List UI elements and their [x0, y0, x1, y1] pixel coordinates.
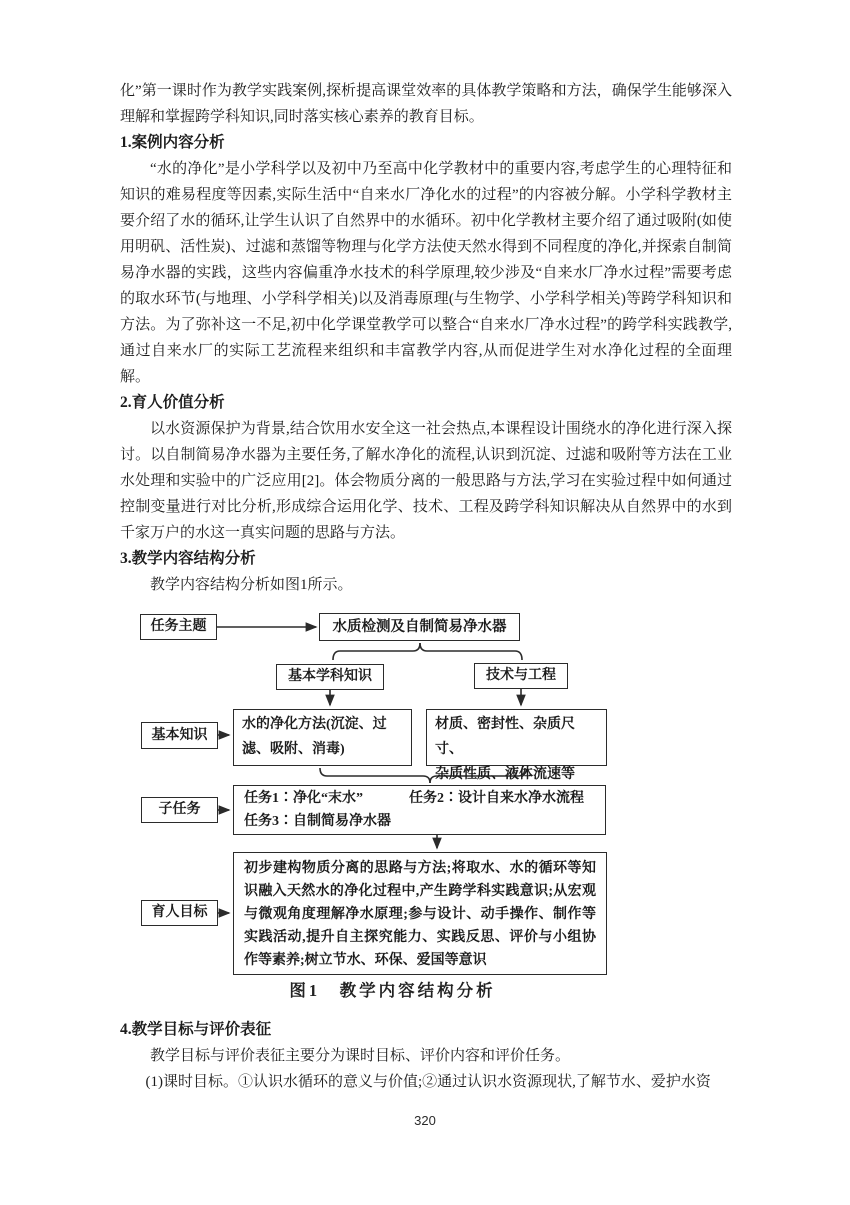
section-heading-4: 4.教学目标与评价表征	[120, 1017, 732, 1043]
paragraph-eval-intro: 教学目标与评价表征主要分为课时目标、评价内容和评价任务。	[120, 1043, 732, 1069]
figure-box-goals-text: 初步建构物质分离的思路与方法;将取水、水的循环等知识融入天然水的净化过程中,产生…	[233, 852, 607, 975]
document-body: 化”第一课时作为教学实践案例,探析提高课堂效率的具体教学策略和方法，确保学生能够…	[120, 78, 732, 1095]
paragraph-case-analysis: “水的净化”是小学科学以及初中乃至高中化学教材中的重要内容,考虑学生的心理特征和…	[120, 156, 732, 390]
figure-task-1: 任务1∶净化“末水”	[244, 787, 409, 810]
figure-box-task-theme: 任务主题	[140, 614, 217, 640]
figure-box-sub-tasks: 子任务	[141, 797, 218, 823]
figure-box-edu-goal: 育人目标	[141, 900, 218, 926]
figure-box-basic-knowledge: 基本知识	[141, 722, 218, 749]
figure-task-3: 任务3∶自制简易净水器	[244, 810, 391, 833]
page-number: 320	[0, 1113, 850, 1128]
paragraph-figure-ref: 教学内容结构分析如图1所示。	[120, 572, 732, 598]
figure-1-diagram: 任务主题 水质检测及自制简易净水器 基本学科知识 技术与工程 基本知识 水的净化…	[120, 605, 740, 1007]
section-heading-2: 2.育人价值分析	[120, 390, 732, 416]
figure-box-purification-methods: 水的净化方法(沉淀、过 滤、吸附、消毒)	[233, 709, 412, 766]
document-page: 化”第一课时作为教学实践案例,探析提高课堂效率的具体教学策略和方法，确保学生能够…	[0, 0, 850, 1205]
figure-box-tech-engineering: 技术与工程	[474, 663, 568, 689]
section-heading-1: 1.案例内容分析	[120, 130, 732, 156]
paragraph-continuation: 化”第一课时作为教学实践案例,探析提高课堂效率的具体教学策略和方法，确保学生能够…	[120, 78, 732, 130]
paragraph-value-analysis: 以水资源保护为背景,结合饮用水安全这一社会热点,本课程设计围绕水的净化进行深入探…	[120, 416, 732, 546]
figure-box-material-factors: 材质、密封性、杂质尺寸、 杂质性质、液体流速等	[426, 709, 607, 766]
figure-box-task-list: 任务1∶净化“末水” 任务2∶设计自来水净水流程 任务3∶自制简易净水器	[233, 785, 606, 835]
figure-task-row-1: 任务1∶净化“末水” 任务2∶设计自来水净水流程	[244, 787, 595, 810]
figure-caption: 图1 教学内容结构分析	[120, 977, 665, 1001]
figure-task-2: 任务2∶设计自来水净水流程	[409, 787, 584, 810]
paragraph-lesson-goals: (1)课时目标。①认识水循环的意义与价值;②通过认识水资源现状,了解节水、爱护水…	[120, 1069, 732, 1095]
figure-box-main-theme: 水质检测及自制简易净水器	[319, 613, 520, 641]
figure-box-subject-knowledge: 基本学科知识	[276, 664, 384, 690]
figure-task-row-2: 任务3∶自制简易净水器	[244, 810, 595, 833]
section-heading-3: 3.教学内容结构分析	[120, 546, 732, 572]
